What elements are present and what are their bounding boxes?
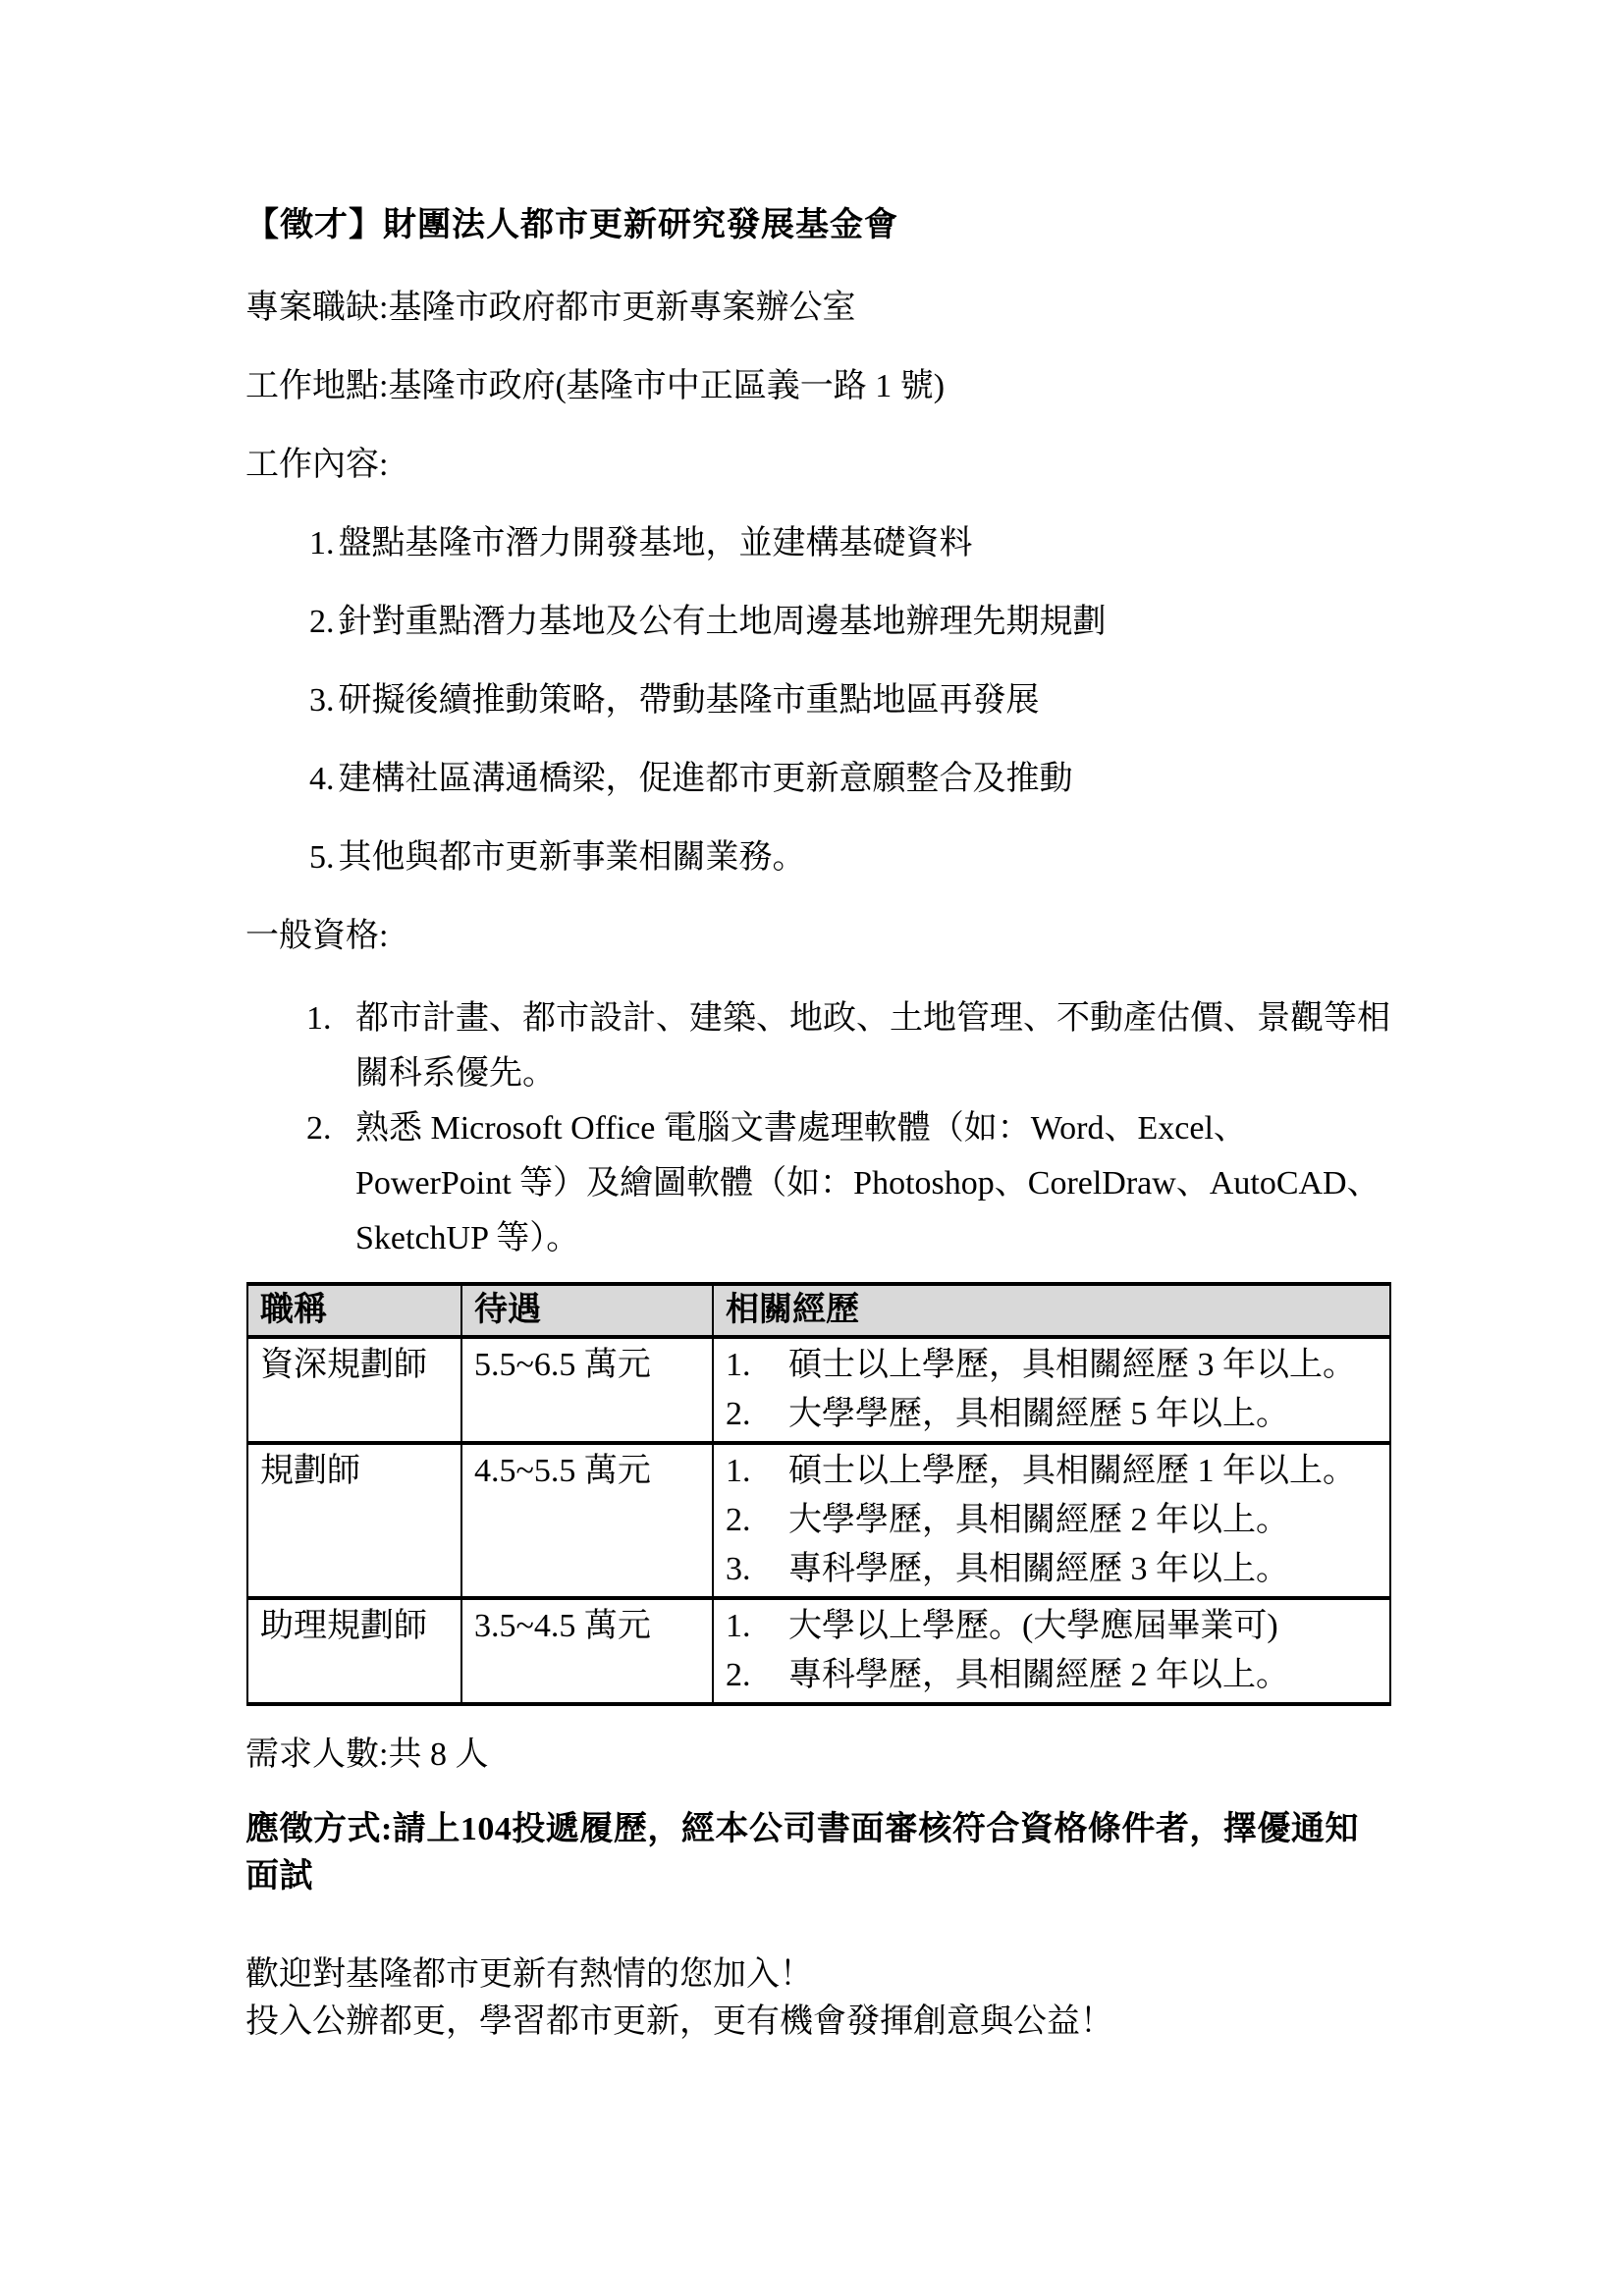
job-title-cell: 規劃師 bbox=[247, 1443, 461, 1598]
work-content-item-5: 5.其他與都市更新事業相關業務。 bbox=[309, 834, 1392, 881]
table-row-senior-planner: 資深規劃師 5.5~6.5 萬元 1.碩士以上學歷，具相關經歷 3 年以上。 2… bbox=[247, 1337, 1390, 1443]
qualification-line: 關科系優先。 bbox=[355, 1046, 1392, 1101]
experience-text: 碩士以上學歷，具相關經歷 1 年以上。 bbox=[788, 1453, 1356, 1489]
qualifications-heading: 一般資格: bbox=[245, 913, 1392, 960]
experience-item: 2.專科學歷，具相關經歷 2 年以上。 bbox=[726, 1651, 1380, 1700]
list-number: 1. bbox=[309, 525, 335, 561]
list-number: 3. bbox=[309, 682, 335, 719]
header-row: 職稱 待遇 相關經歷 bbox=[247, 1284, 1390, 1337]
list-number: 2. bbox=[306, 1101, 332, 1156]
qualification-line: SketchUP 等）。 bbox=[355, 1211, 1392, 1266]
experience-text: 大學以上學歷。(大學應屆畢業可) bbox=[788, 1608, 1278, 1644]
headcount-line: 需求人數:共 8 人 bbox=[245, 1732, 1392, 1779]
experience-cell: 1.碩士以上學歷，具相關經歷 3 年以上。 2.大學學歷，具相關經歷 5 年以上… bbox=[713, 1337, 1390, 1443]
list-number: 1. bbox=[726, 1341, 751, 1390]
qualification-line: 都市計畫、都市設計、建築、地政、土地管理、不動產估價、景觀等相 bbox=[355, 991, 1392, 1046]
qualifications-list: 1. 都市計畫、都市設計、建築、地政、土地管理、不動產估價、景觀等相 關科系優先… bbox=[245, 991, 1392, 1266]
experience-item: 3.專科學歷，具相關經歷 3 年以上。 bbox=[726, 1545, 1380, 1594]
work-content-item-text: 針對重點潛力基地及公有土地周邊基地辦理先期規劃 bbox=[339, 604, 1107, 640]
application-method-line: 應徵方式:請上104投遞履歷，經本公司書面審核符合資格條件者，擇優通知面試 bbox=[245, 1806, 1392, 1900]
salary-cell: 4.5~5.5 萬元 bbox=[461, 1443, 713, 1598]
work-content-item-2: 2.針對重點潛力基地及公有土地周邊基地辦理先期規劃 bbox=[309, 599, 1392, 646]
work-content-item-text: 盤點基隆市潛力開發基地，並建構基礎資料 bbox=[339, 525, 973, 561]
work-content-item-1: 1.盤點基隆市潛力開發基地，並建構基礎資料 bbox=[309, 520, 1392, 567]
work-location-line: 工作地點:基隆市政府(基隆市中正區義一路 1 號) bbox=[245, 363, 1392, 410]
page-title: 【徵才】財團法人都市更新研究發展基金會 bbox=[245, 202, 1392, 249]
experience-item: 2.大學學歷，具相關經歷 5 年以上。 bbox=[726, 1390, 1380, 1439]
work-content-item-text: 建構社區溝通橋梁，促進都市更新意願整合及推動 bbox=[339, 761, 1073, 797]
experience-item: 2.大學學歷，具相關經歷 2 年以上。 bbox=[726, 1496, 1380, 1545]
header-cell-salary: 待遇 bbox=[461, 1284, 713, 1337]
table-row-planner: 規劃師 4.5~5.5 萬元 1.碩士以上學歷，具相關經歷 1 年以上。 2.大… bbox=[247, 1443, 1390, 1598]
list-number: 2. bbox=[726, 1496, 751, 1545]
list-number: 3. bbox=[726, 1545, 751, 1594]
work-content-item-text: 其他與都市更新事業相關業務。 bbox=[339, 839, 806, 876]
table-row-assistant-planner: 助理規劃師 3.5~4.5 萬元 1.大學以上學歷。(大學應屆畢業可) 2.專科… bbox=[247, 1598, 1390, 1704]
list-number: 1. bbox=[726, 1447, 751, 1496]
qualification-line: 熟悉 Microsoft Office 電腦文書處理軟體（如：Word、Exce… bbox=[355, 1101, 1392, 1156]
experience-item: 1.碩士以上學歷，具相關經歷 3 年以上。 bbox=[726, 1341, 1380, 1390]
project-vacancy-line: 專案職缺:基隆市政府都市更新專案辦公室 bbox=[245, 285, 1392, 332]
experience-item: 1.大學以上學歷。(大學應屆畢業可) bbox=[726, 1602, 1380, 1651]
closing-line-invitation: 投入公辦都更，學習都市更新，更有機會發揮創意與公益！ bbox=[245, 1999, 1392, 2046]
work-content-item-4: 4.建構社區溝通橋梁，促進都市更新意願整合及推動 bbox=[309, 756, 1392, 803]
salary-cell: 3.5~4.5 萬元 bbox=[461, 1598, 713, 1704]
list-number: 1. bbox=[726, 1602, 751, 1651]
experience-text: 大學學歷，具相關經歷 5 年以上。 bbox=[788, 1396, 1289, 1432]
experience-text: 專科學歷，具相關經歷 2 年以上。 bbox=[788, 1657, 1289, 1693]
qualification-item-2: 2. 熟悉 Microsoft Office 電腦文書處理軟體（如：Word、E… bbox=[245, 1101, 1392, 1266]
list-number: 5. bbox=[309, 839, 335, 876]
closing-line-welcome: 歡迎對基隆都市更新有熱情的您加入！ bbox=[245, 1951, 1392, 1999]
list-number: 2. bbox=[726, 1390, 751, 1439]
positions-table: 職稱 待遇 相關經歷 資深規劃師 5.5~6.5 萬元 1.碩士以上學歷，具相關… bbox=[246, 1282, 1391, 1706]
list-number: 4. bbox=[309, 761, 335, 797]
list-number: 2. bbox=[726, 1651, 751, 1700]
experience-text: 專科學歷，具相關經歷 3 年以上。 bbox=[788, 1551, 1289, 1587]
salary-cell: 5.5~6.5 萬元 bbox=[461, 1337, 713, 1443]
experience-text: 碩士以上學歷，具相關經歷 3 年以上。 bbox=[788, 1347, 1356, 1383]
work-content-item-3: 3.研擬後續推動策略，帶動基隆市重點地區再發展 bbox=[309, 677, 1392, 724]
positions-table-header: 職稱 待遇 相關經歷 bbox=[247, 1284, 1390, 1337]
list-number: 1. bbox=[306, 991, 332, 1046]
job-title-cell: 資深規劃師 bbox=[247, 1337, 461, 1443]
experience-text: 大學學歷，具相關經歷 2 年以上。 bbox=[788, 1502, 1289, 1538]
experience-cell: 1.大學以上學歷。(大學應屆畢業可) 2.專科學歷，具相關經歷 2 年以上。 bbox=[713, 1598, 1390, 1704]
experience-cell: 1.碩士以上學歷，具相關經歷 1 年以上。 2.大學學歷，具相關經歷 2 年以上… bbox=[713, 1443, 1390, 1598]
job-posting-document: 【徵才】財團法人都市更新研究發展基金會 專案職缺:基隆市政府都市更新專案辦公室 … bbox=[0, 0, 1624, 2296]
job-title-cell: 助理規劃師 bbox=[247, 1598, 461, 1704]
qualification-item-1: 1. 都市計畫、都市設計、建築、地政、土地管理、不動產估價、景觀等相 關科系優先… bbox=[245, 991, 1392, 1101]
work-content-list: 1.盤點基隆市潛力開發基地，並建構基礎資料 2.針對重點潛力基地及公有土地周邊基… bbox=[245, 520, 1392, 881]
work-content-heading: 工作內容: bbox=[245, 442, 1392, 489]
experience-item: 1.碩士以上學歷，具相關經歷 1 年以上。 bbox=[726, 1447, 1380, 1496]
header-cell-job-title: 職稱 bbox=[247, 1284, 461, 1337]
list-number: 2. bbox=[309, 604, 335, 640]
positions-table-body: 資深規劃師 5.5~6.5 萬元 1.碩士以上學歷，具相關經歷 3 年以上。 2… bbox=[247, 1337, 1390, 1704]
qualification-line: PowerPoint 等）及繪圖軟體（如：Photoshop、CorelDraw… bbox=[355, 1156, 1392, 1211]
header-cell-experience: 相關經歷 bbox=[713, 1284, 1390, 1337]
work-content-item-text: 研擬後續推動策略，帶動基隆市重點地區再發展 bbox=[339, 682, 1040, 719]
